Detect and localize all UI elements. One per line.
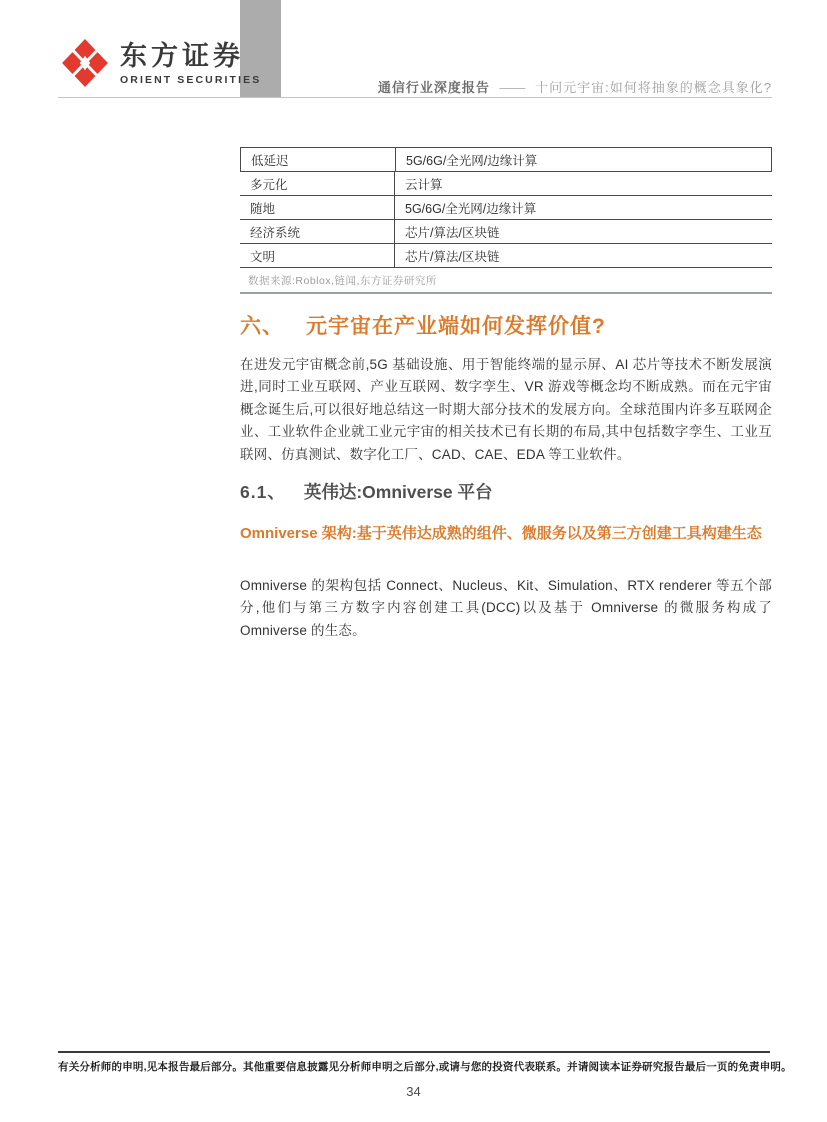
- data-source-note: 数据来源:Roblox,链闻,东方证券研究所: [240, 273, 772, 288]
- orient-securities-logo: 东方证券 ORIENT SECURITIES: [60, 36, 261, 90]
- metaverse-tech-table: 低延迟 5G/6G/全光网/边缘计算 多元化 云计算 随地 5G/6G/全光网/…: [240, 147, 772, 268]
- logo-text: 东方证券 ORIENT SECURITIES: [120, 41, 261, 86]
- running-header: 通信行业深度报告 —— 十问元宇宙:如何将抽象的概念具象化?: [378, 77, 772, 96]
- table-row: 经济系统 芯片/算法/区块链: [240, 220, 772, 244]
- table-cell-value: 5G/6G/全光网/边缘计算: [395, 199, 772, 217]
- statement-heading: Omniverse 架构:基于英伟达成熟的组件、微服务以及第三方创建工具构建生态: [240, 522, 772, 546]
- table-row: 随地 5G/6G/全光网/边缘计算: [240, 196, 772, 220]
- table-cell-value: 芯片/算法/区块链: [395, 247, 772, 265]
- table-cell-label: 随地: [240, 196, 395, 219]
- body-paragraph: Omniverse 的架构包括 Connect、Nucleus、Kit、Simu…: [240, 575, 772, 642]
- table-cell-value: 云计算: [395, 175, 772, 193]
- report-type-label: 通信行业深度报告: [378, 80, 490, 95]
- brand-name-en: ORIENT SECURITIES: [120, 74, 261, 86]
- table-cell-label: 文明: [240, 244, 395, 267]
- footer-divider: [58, 1051, 770, 1053]
- report-title-label: 十问元宇宙:如何将抽象的概念具象化?: [535, 80, 772, 95]
- subsection-heading: 6.1、英伟达:Omniverse 平台: [240, 479, 772, 504]
- figure-block: 低延迟 5G/6G/全光网/边缘计算 多元化 云计算 随地 5G/6G/全光网/…: [240, 147, 772, 294]
- table-row: 低延迟 5G/6G/全光网/边缘计算: [240, 148, 772, 172]
- subsection-title: 英伟达:Omniverse 平台: [304, 482, 493, 502]
- body-paragraph: 在进发元宇宙概念前,5G 基础设施、用于智能终端的显示屏、AI 芯片等技术不断发…: [240, 354, 772, 466]
- table-cell-value: 芯片/算法/区块链: [395, 223, 772, 241]
- table-cell-label: 经济系统: [240, 220, 395, 243]
- table-cell-label: 低延迟: [241, 148, 396, 171]
- figure-bottom-rule: [240, 292, 772, 294]
- table-row: 文明 芯片/算法/区块链: [240, 244, 772, 268]
- footer-disclaimer: 有关分析师的申明,见本报告最后部分。其他重要信息披露见分析师申明之后部分,或请与…: [58, 1059, 770, 1074]
- table-cell-label: 多元化: [240, 172, 395, 195]
- page-number: 34: [0, 1084, 827, 1099]
- diamond-logo-icon: [60, 36, 110, 90]
- report-page: 东方证券 ORIENT SECURITIES 通信行业深度报告 —— 十问元宇宙…: [0, 0, 827, 1122]
- section-number: 六、: [240, 315, 284, 338]
- subsection-number: 6.1、: [240, 482, 286, 502]
- section-title: 元宇宙在产业端如何发挥价值?: [306, 315, 606, 338]
- brand-name-cn: 东方证券: [120, 41, 261, 71]
- header-divider: [58, 97, 772, 98]
- section-heading: 六、元宇宙在产业端如何发挥价值?: [240, 310, 772, 340]
- table-cell-value: 5G/6G/全光网/边缘计算: [396, 151, 771, 169]
- header-dash: ——: [500, 80, 526, 95]
- table-row: 多元化 云计算: [240, 172, 772, 196]
